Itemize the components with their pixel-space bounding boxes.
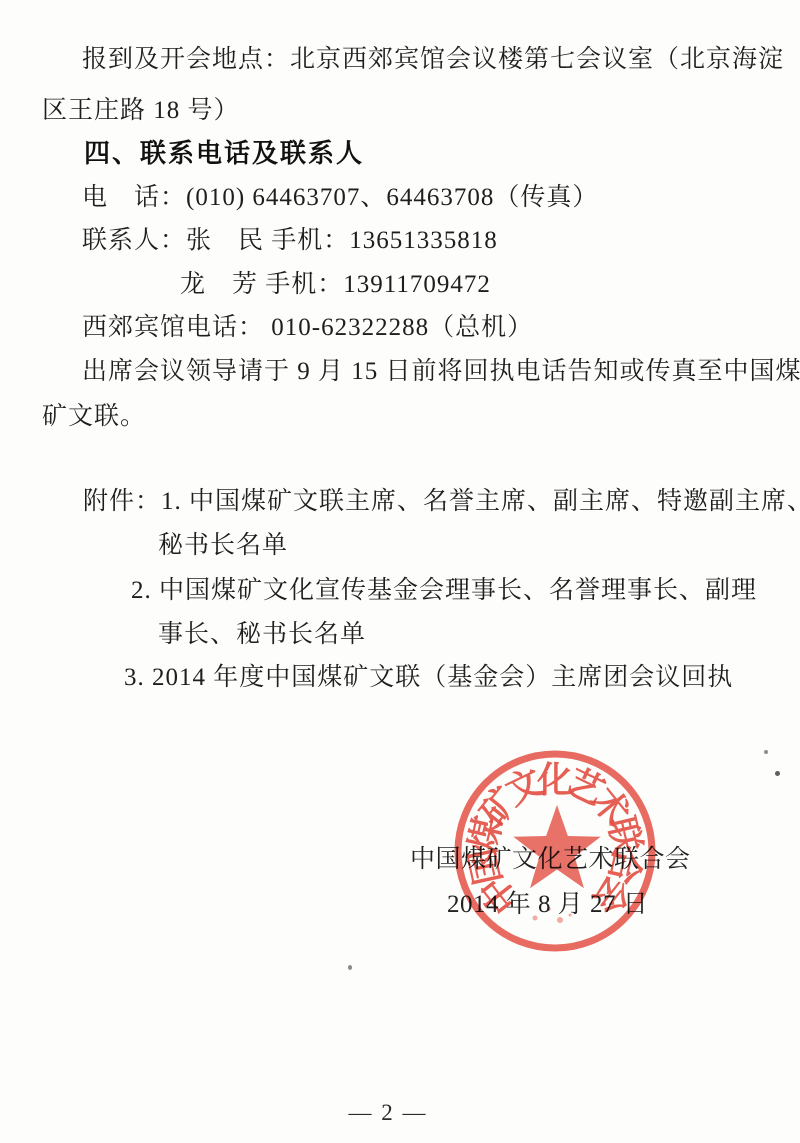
section-heading-contacts: 四、联系电话及联系人 [84,139,364,169]
hotel-phone-line: 西郊宾馆电话： 010-62322288（总机） [82,314,533,343]
official-red-seal: 中国煤矿文化艺术联合会 [452,748,658,954]
contact-person-line-1: 联系人：张 民 手机：13651335818 [82,227,498,256]
meeting-location-line-2: 区王庄路 18 号） [42,97,240,126]
attachment-item-2-line-1: 2. 中国煤矿文化宣传基金会理事长、名誉理事长、副理 [131,577,757,606]
attachment-item-3: 3. 2014 年度中国煤矿文联（基金会）主席团会议回执 [124,664,733,693]
contact-person-line-2: 龙 芳 手机：13911709472 [180,271,491,300]
seal-graphic: 中国煤矿文化艺术联合会 [452,748,658,954]
scan-speck [764,750,768,754]
page-number: — 2 — [0,1100,788,1126]
scan-speck [775,771,780,776]
attachment-item-1-line-2: 秘书长名单 [158,532,288,561]
scan-speck [348,965,352,970]
notice-line-2: 矿文联。 [42,403,146,432]
scanned-document-page: 报到及开会地点：北京西郊宾馆会议楼第七会议室（北京海淀 区王庄路 18 号） 四… [0,0,800,1143]
seal-star-icon [513,805,600,888]
seal-ink-specks [533,907,572,923]
notice-line-1: 出席会议领导请于 9 月 15 日前将回执电话告知或传真至中国煤 [82,358,800,387]
phone-numbers-line: 电 话：(010) 64463707、64463708（传真） [82,184,598,213]
meeting-location-line-1: 报到及开会地点：北京西郊宾馆会议楼第七会议室（北京海淀 [82,46,784,75]
attachment-item-1-line-1: 附件：1. 中国煤矿文联主席、名誉主席、副主席、特邀副主席、 [83,488,800,517]
attachment-item-2-line-2: 事长、秘书长名单 [158,621,366,650]
